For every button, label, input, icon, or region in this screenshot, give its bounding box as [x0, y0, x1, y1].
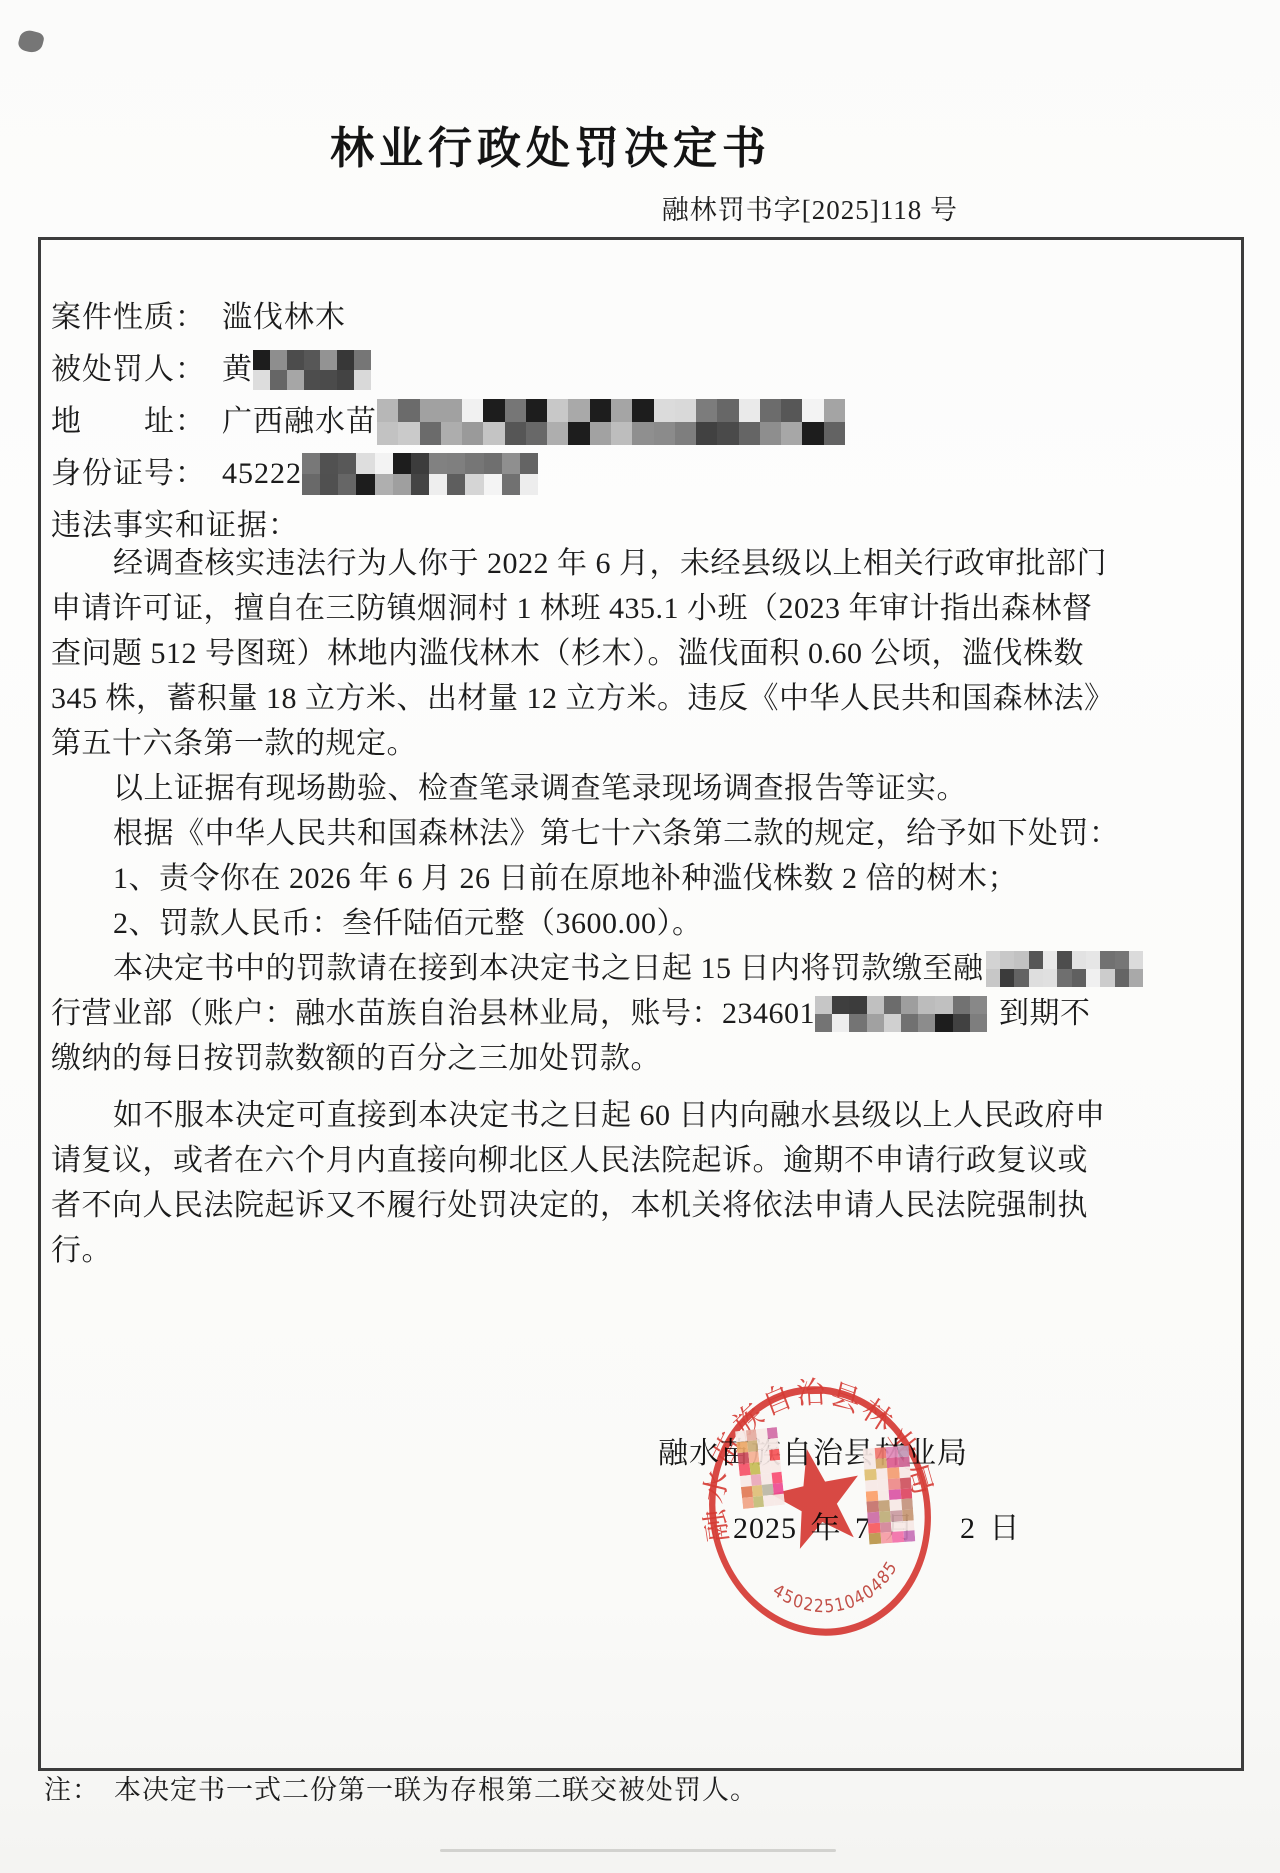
redaction-mosaic: [986, 951, 1144, 987]
body-line: 2、罚款人民币：叁仟陆佰元整（3600.00）。: [51, 898, 1081, 943]
case-field-row: 地 址：广西融水苗: [51, 396, 1211, 448]
body-text: 查问题 512 号图斑）林地内滥伐林木（杉木）。滥伐面积 0.60 公顷，滥伐株…: [51, 637, 1084, 670]
field-value: 黄: [222, 344, 253, 388]
body-text: 以上证据有现场勘验、检查笔录调查笔录现场调查报告等证实。: [113, 772, 967, 805]
field-value: 45222: [222, 457, 302, 491]
body-text: 345 株，蓄积量 18 立方米、出材量 12 立方米。违反《中华人民共和国森林…: [51, 682, 1115, 715]
body-line: 请复议，或者在六个月内直接向柳北区人民法院起诉。逾期不申请行政复议或: [51, 1135, 1081, 1180]
body-text: 第五十六条第一款的规定。: [51, 727, 417, 760]
body-line: 本决定书中的罚款请在接到本决定书之日起 15 日内将罚款缴至融: [51, 943, 1081, 988]
footer-note-label: 注：: [44, 1775, 100, 1805]
document-number: 融林罚书字[2025]118 号: [662, 188, 958, 227]
body-text: 行。: [51, 1234, 112, 1267]
body-line: 以上证据有现场勘验、检查笔录调查笔录现场调查报告等证实。: [51, 763, 1081, 808]
case-field-row: 身份证号：45222: [51, 448, 1211, 500]
redaction-mosaic: [815, 996, 987, 1032]
redaction-mosaic: [302, 453, 538, 495]
document-page: 林业行政处罚决定书 融林罚书字[2025]118 号 案件性质：滥伐林木被处罚人…: [0, 0, 1280, 1873]
body-text: 根据《中华人民共和国森林法》第七十六条第二款的规定，给予如下处罚：: [113, 817, 1120, 850]
body-text: 申请许可证，擅自在三防镇烟洞村 1 林班 435.1 小班（2023 年审计指出…: [51, 592, 1093, 625]
body-line: 行。: [51, 1225, 1081, 1270]
body-text: 到期不: [999, 997, 1091, 1030]
seal-redaction-mosaic: [863, 1446, 916, 1545]
field-label: 身份证号：: [51, 448, 206, 492]
body-text: 1、责令你在 2026 年 6 月 26 日前在原地补种滥伐株数 2 倍的树木；: [113, 862, 1018, 895]
body-line: 查问题 512 号图斑）林地内滥伐林木（杉木）。滥伐面积 0.60 公顷，滥伐株…: [51, 628, 1081, 673]
body-line: 申请许可证，擅自在三防镇烟洞村 1 林班 435.1 小班（2023 年审计指出…: [51, 583, 1081, 628]
body-line: 行营业部（账户：融水苗族自治县林业局，账号：234601到期不: [51, 988, 1081, 1033]
body-line: 缴纳的每日按罚款数额的百分之三加处罚款。: [51, 1033, 1081, 1078]
page-title: 林业行政处罚决定书: [330, 112, 771, 176]
footer-note: 注：本决定书一式二份第一联为存根第二联交被处罚人。: [44, 1768, 758, 1807]
body-line: 经调查核实违法行为人你于 2022 年 6 月，未经县级以上相关行政审批部门: [51, 538, 1081, 583]
content-border-box: 案件性质：滥伐林木被处罚人：黄地 址：广西融水苗身份证号：45222违法事实和证…: [38, 237, 1244, 1771]
field-label: 被处罚人：: [51, 344, 206, 388]
case-field-row: 被处罚人：黄: [51, 344, 1211, 396]
body-line: 根据《中华人民共和国森林法》第七十六条第二款的规定，给予如下处罚：: [51, 808, 1081, 853]
seal-serial-number: 4502251040485: [767, 1553, 908, 1628]
field-label: 案件性质：: [51, 292, 206, 336]
case-fields: 案件性质：滥伐林木被处罚人：黄地 址：广西融水苗身份证号：45222违法事实和证…: [51, 292, 1211, 552]
body-line: 第五十六条第一款的规定。: [51, 718, 1081, 763]
body-text: 行营业部（账户：融水苗族自治县林业局，账号：234601: [51, 997, 815, 1030]
body-text: 本决定书中的罚款请在接到本决定书之日起 15 日内将罚款缴至融: [113, 952, 984, 985]
body-text: 经调查核实违法行为人你于 2022 年 6 月，未经县级以上相关行政审批部门: [113, 547, 1107, 580]
body-text: 缴纳的每日按罚款数额的百分之三加处罚款。: [51, 1042, 661, 1075]
body-line: 者不向人民法院起诉又不履行处罚决定的，本机关将依法申请人民法院强制执: [51, 1180, 1081, 1225]
body-text: 如不服本决定可直接到本决定书之日起 60 日内向融水县级以上人民政府申: [113, 1099, 1106, 1132]
redaction-mosaic: [377, 399, 845, 445]
footer-note-text: 本决定书一式二份第一联为存根第二联交被处罚人。: [114, 1775, 758, 1805]
body-text: 者不向人民法院起诉又不履行处罚决定的，本机关将依法申请人民法院强制执: [51, 1189, 1088, 1222]
scan-artifact-line: [440, 1849, 836, 1852]
body-text: 2、罚款人民币：叁仟陆佰元整（3600.00）。: [113, 907, 703, 940]
field-value: 滥伐林木: [222, 292, 346, 336]
seal-redaction-mosaic: [735, 1427, 785, 1509]
case-field-row: 案件性质：滥伐林木: [51, 292, 1211, 344]
scan-artifact-mark: [17, 28, 45, 54]
body-line: 如不服本决定可直接到本决定书之日起 60 日内向融水县级以上人民政府申: [51, 1090, 1081, 1135]
field-label: 地 址：: [51, 396, 206, 440]
field-value: 广西融水苗: [222, 396, 377, 440]
redaction-mosaic: [253, 350, 371, 390]
body-line: 1、责令你在 2026 年 6 月 26 日前在原地补种滥伐株数 2 倍的树木；: [51, 853, 1081, 898]
body-line: 345 株，蓄积量 18 立方米、出材量 12 立方米。违反《中华人民共和国森林…: [51, 673, 1081, 718]
body-text: 请复议，或者在六个月内直接向柳北区人民法院起诉。逾期不申请行政复议或: [51, 1144, 1088, 1177]
body-lines: 经调查核实违法行为人你于 2022 年 6 月，未经县级以上相关行政审批部门申请…: [51, 538, 1081, 1270]
